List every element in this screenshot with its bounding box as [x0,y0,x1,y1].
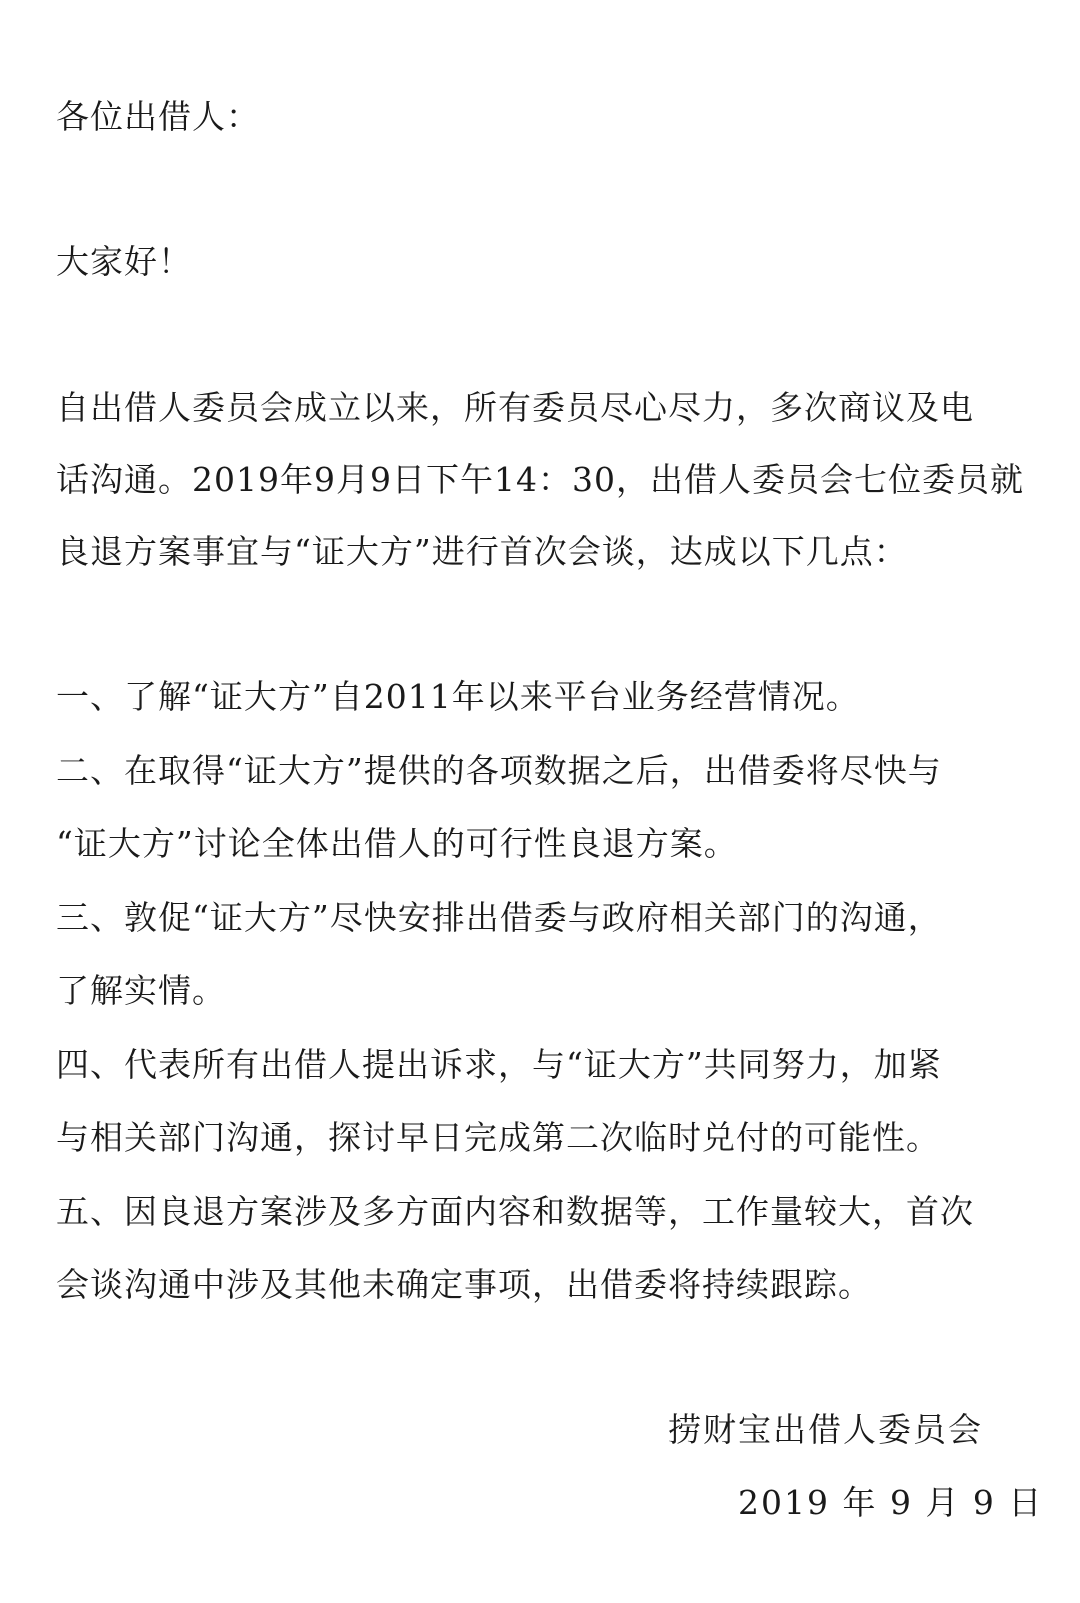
point-two-cont: “证大方”讨论全体出借人的可行性良退方案。 [56,824,738,864]
point-four: 四、代表所有出借人提出诉求，与“证大方”共同努力，加紧 [56,1045,942,1085]
signature: 捞财宝出借人委员会 [668,1410,983,1450]
point-four-cont: 与相关部门沟通，探讨早日完成第二次临时兑付的可能性。 [56,1118,940,1158]
point-two: 二、在取得“证大方”提供的各项数据之后，出借委将尽快与 [56,751,942,791]
point-five: 五、因良退方案涉及多方面内容和数据等，工作量较大，首次 [56,1192,974,1232]
point-three-cont: 了解实情。 [56,971,226,1011]
point-three: 三、敦促“证大方”尽快安排出借委与政府相关部门的沟通， [56,898,942,938]
signature-date: 2019 年 9 月 9 日 [738,1483,1043,1523]
intro-line: 话沟通。2019年9月9日下午14：30，出借人委员会七位委员就 [56,460,1024,500]
point-five-cont: 会谈沟通中涉及其他未确定事项，出借委将持续跟踪。 [56,1265,872,1305]
point-one: 一、了解“证大方”自2011年以来平台业务经营情况。 [56,677,860,717]
greeting: 大家好！ [56,242,192,282]
intro-line: 良退方案事宜与“证大方”进行首次会谈，达成以下几点： [56,532,908,572]
salutation: 各位出借人： [56,97,260,137]
intro-line: 自出借人委员会成立以来，所有委员尽心尽力，多次商议及电 [56,388,974,428]
